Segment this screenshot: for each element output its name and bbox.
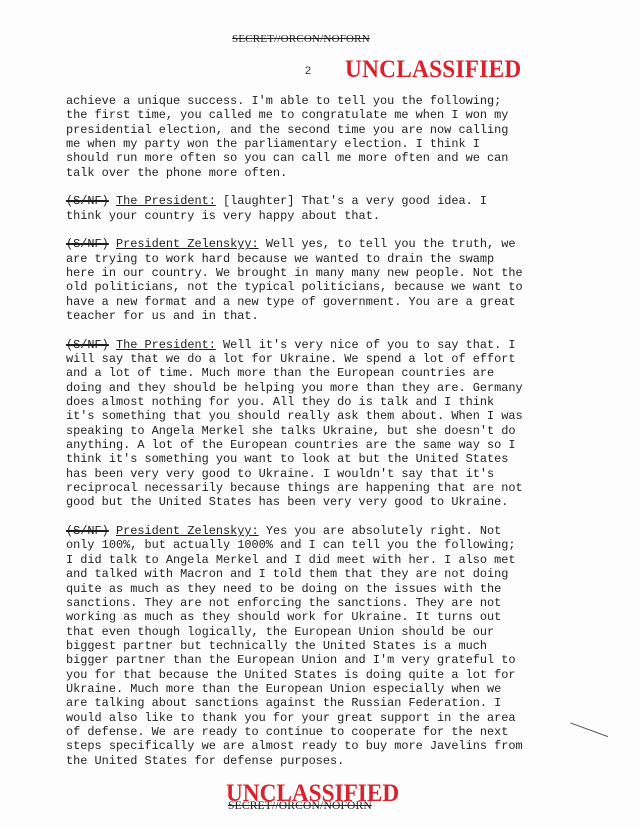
text-line: have a new format and a new type of gove… [66,295,586,309]
text-line: only 100%, but actually 1000% and I can … [66,538,586,552]
classification-portion-marking: (S/NF) [66,194,109,208]
text-line: that even though logically, the European… [66,625,586,639]
text-line: me when my party won the parliamentary e… [66,137,586,151]
speaker-label: President Zelenskyy: [116,237,259,251]
text-line: achieve a unique success. I'm able to te… [66,94,586,108]
text-line: think it's something you want to look at… [66,452,586,466]
text-line: of defense. We are ready to continue to … [66,725,586,739]
text-line: biggest partner but technically the Unit… [66,639,586,653]
text-line: I did talk to Angela Merkel and I did me… [66,553,586,567]
transcript-body: achieve a unique success. I'm able to te… [66,94,586,782]
text-line: here in our country. We brought in many … [66,266,586,280]
text-line: (S/NF) President Zelenskyy: Well yes, to… [66,237,586,251]
document-page: SECRET//ORCON/NOFORN 2 UNCLASSIFIED achi… [0,0,640,828]
text-line: the United States for defense purposes. [66,754,586,768]
unclassified-stamp-header: UNCLASSIFIED [345,56,521,84]
text-line: you for that because the United States i… [66,668,586,682]
transcript-paragraph: (S/NF) The President: Well it's very nic… [66,338,586,510]
text-line: should run more often so you can call me… [66,151,586,165]
text-line: and a lot of time. Much more than the Eu… [66,366,586,380]
text-line: will say that we do a lot for Ukraine. W… [66,352,586,366]
transcript-paragraph: (S/NF) President Zelenskyy: Well yes, to… [66,237,586,323]
text-line: steps specifically we are almost ready t… [66,739,586,753]
text-line: and talked with Macron and I told them t… [66,567,586,581]
text-line: Ukraine. Much more than the European Uni… [66,682,586,696]
text-line: are trying to work hard because we wante… [66,252,586,266]
classification-portion-marking: (S/NF) [66,524,109,538]
text-line: sanctions. They are not enforcing the sa… [66,596,586,610]
text-line: it's something that you should really as… [66,409,586,423]
text-line: anything. A lot of the European countrie… [66,438,586,452]
text-line: (S/NF) The President: [laughter] That's … [66,194,586,208]
classification-marking-header: SECRET//ORCON/NOFORN [232,33,370,45]
text-line: doing and they should be helping you mor… [66,381,586,395]
text-line: working as much as they should work for … [66,610,586,624]
text-line: talk over the phone more often. [66,166,586,180]
text-line: bigger partner than the European Union a… [66,653,586,667]
text-line: has been very very good to Ukraine. I wo… [66,467,586,481]
text-line: the first time, you called me to congrat… [66,108,586,122]
text-line: old politicians, not the typical politic… [66,280,586,294]
transcript-paragraph: achieve a unique success. I'm able to te… [66,94,586,180]
classification-portion-marking: (S/NF) [66,237,109,251]
text-line: (S/NF) The President: Well it's very nic… [66,338,586,352]
text-line: think your country is very happy about t… [66,209,586,223]
transcript-paragraph: (S/NF) The President: [laughter] That's … [66,194,586,223]
speaker-label: President Zelenskyy: [116,524,259,538]
text-line: would also like to thank you for your gr… [66,711,586,725]
text-line: speaking to Angela Merkel she talks Ukra… [66,424,586,438]
text-line: reciprocal necessarily because things ar… [66,481,586,495]
transcript-paragraph: (S/NF) President Zelenskyy: Yes you are … [66,524,586,768]
speaker-label: The President: [116,338,216,352]
classification-marking-footer: SECRET//ORCON/NOFORN [228,800,372,812]
text-line: does almost nothing for you. All they do… [66,395,586,409]
text-line: quite as much as they need to be doing o… [66,582,586,596]
text-line: presidential election, and the second ti… [66,123,586,137]
text-line: teacher for us and in that. [66,309,586,323]
text-line: good but the United States has been very… [66,495,586,509]
speaker-label: The President: [116,194,216,208]
text-line: (S/NF) President Zelenskyy: Yes you are … [66,524,586,538]
classification-portion-marking: (S/NF) [66,338,109,352]
text-line: are talking about sanctions against the … [66,696,586,710]
page-number: 2 [305,65,311,77]
